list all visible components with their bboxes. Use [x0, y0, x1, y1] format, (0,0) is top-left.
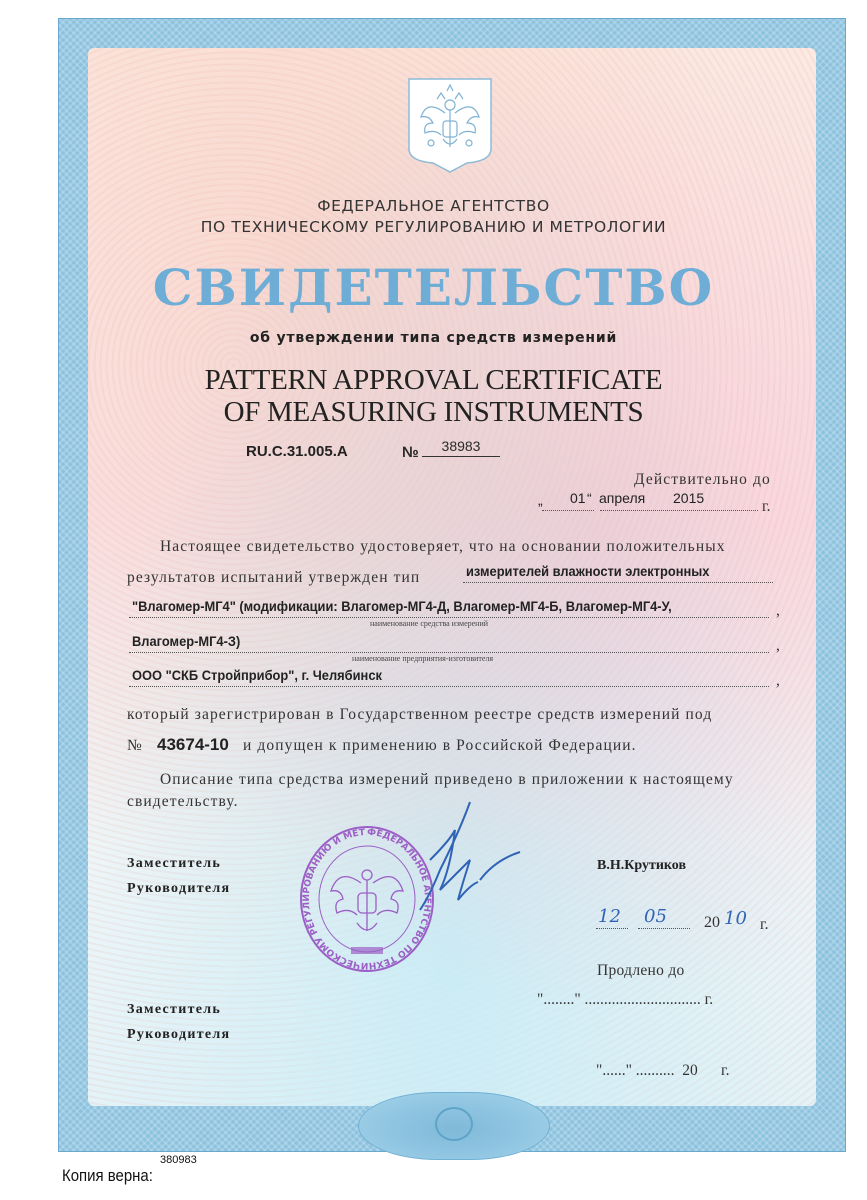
body-para1-line1: Настоящее свидетельство удостоверяет, чт…	[160, 538, 726, 556]
certificate-subtitle: об утверждении типа средств измерений	[0, 330, 867, 346]
fill-line-3	[129, 652, 769, 653]
open-quote: „	[538, 492, 543, 508]
extended-until-date: "........" .............................…	[537, 991, 713, 1009]
bottom-guilloche-seal	[358, 1092, 550, 1160]
manufacturer-name: ООО "СКБ Стройприбор", г. Челябинск	[132, 667, 382, 683]
sig-date-suffix: г.	[760, 916, 768, 934]
fill-line-2	[129, 617, 769, 618]
valid-until-date: „ 01 “ апреля 2015 г.	[538, 492, 774, 514]
copy-certified-label: Копия верна:	[62, 1166, 153, 1186]
fill-line-1	[463, 582, 773, 583]
comma-1: ,	[776, 602, 780, 620]
valid-year: 2015	[673, 490, 704, 506]
signer-name: В.Н.Крутиков	[597, 858, 686, 874]
title-en-line1: PATTERN APPROVAL CERTIFICATE	[0, 364, 867, 397]
signer2-role-line2: Руководителя	[127, 1027, 230, 1043]
signer2-date: "......" .......... 20 г.	[596, 1062, 730, 1080]
description-line1: Описание типа средства измерений приведе…	[160, 771, 734, 789]
russian-coat-of-arms-icon	[407, 77, 493, 173]
registry-no-label: №	[127, 737, 143, 755]
registry-tail: и допущен к применению в Российской Феде…	[243, 737, 637, 755]
sig-month-dots	[638, 928, 690, 929]
manufacturer-caption: наименование предприятия-изготовителя	[352, 654, 493, 663]
signature-date: 12 05 20 10 г.	[594, 910, 779, 936]
signer2-role-line1: Заместитель	[127, 1002, 221, 1018]
registration-code: RU.C.31.005.A	[246, 443, 348, 460]
instrument-name-line2: "Влагомер-МГ4" (модификации: Влагомер-МГ…	[132, 598, 672, 614]
description-line2: свидетельству.	[127, 793, 239, 811]
agency-name-line2: ПО ТЕХНИЧЕСКОМУ РЕГУЛИРОВАНИЮ И МЕТРОЛОГ…	[0, 218, 867, 236]
registry-number: 43674-10	[157, 735, 229, 755]
sig-year-prefix: 20	[704, 914, 720, 932]
extended-until-label: Продлено до	[597, 962, 685, 980]
signer-role-line2: Руководителя	[127, 881, 230, 897]
certificate-title: СВИДЕТЕЛЬСТВО	[0, 258, 867, 317]
year-suffix: г.	[762, 498, 770, 516]
sig-year-suffix: 10	[724, 908, 747, 929]
registry-line: который зарегистрирован в Государственно…	[127, 706, 712, 724]
certificate-number: 38983	[422, 438, 500, 457]
month-dots	[600, 510, 758, 511]
number-label: №	[402, 444, 419, 461]
instrument-name-line3: Влагомер-МГ4-З)	[132, 633, 240, 649]
copy-number: 380983	[160, 1154, 197, 1166]
body-para1-line2: результатов испытаний утвержден тип	[127, 569, 420, 587]
sig-day-dots	[596, 928, 628, 929]
agency-name-line1: ФЕДЕРАЛЬНОЕ АГЕНТСТВО	[0, 197, 867, 215]
sig-day: 12	[598, 906, 621, 927]
signer-role-line1: Заместитель	[127, 856, 221, 872]
fill-line-4	[129, 686, 769, 687]
title-en-line2: OF MEASURING INSTRUMENTS	[0, 396, 867, 429]
close-quote: “	[587, 490, 592, 506]
valid-until-label: Действительно до	[634, 471, 771, 489]
handwritten-signature	[400, 800, 530, 920]
valid-month: апреля	[599, 490, 645, 506]
sig-month: 05	[644, 906, 667, 927]
comma-2: ,	[776, 637, 780, 655]
comma-3: ,	[776, 672, 780, 690]
instrument-name-line1: измерителей влажности электронных	[466, 563, 709, 579]
instrument-caption: наименование средства измерений	[370, 619, 488, 628]
day-dots	[542, 510, 594, 511]
rosette-icon	[435, 1107, 473, 1141]
valid-day: 01	[570, 490, 586, 506]
